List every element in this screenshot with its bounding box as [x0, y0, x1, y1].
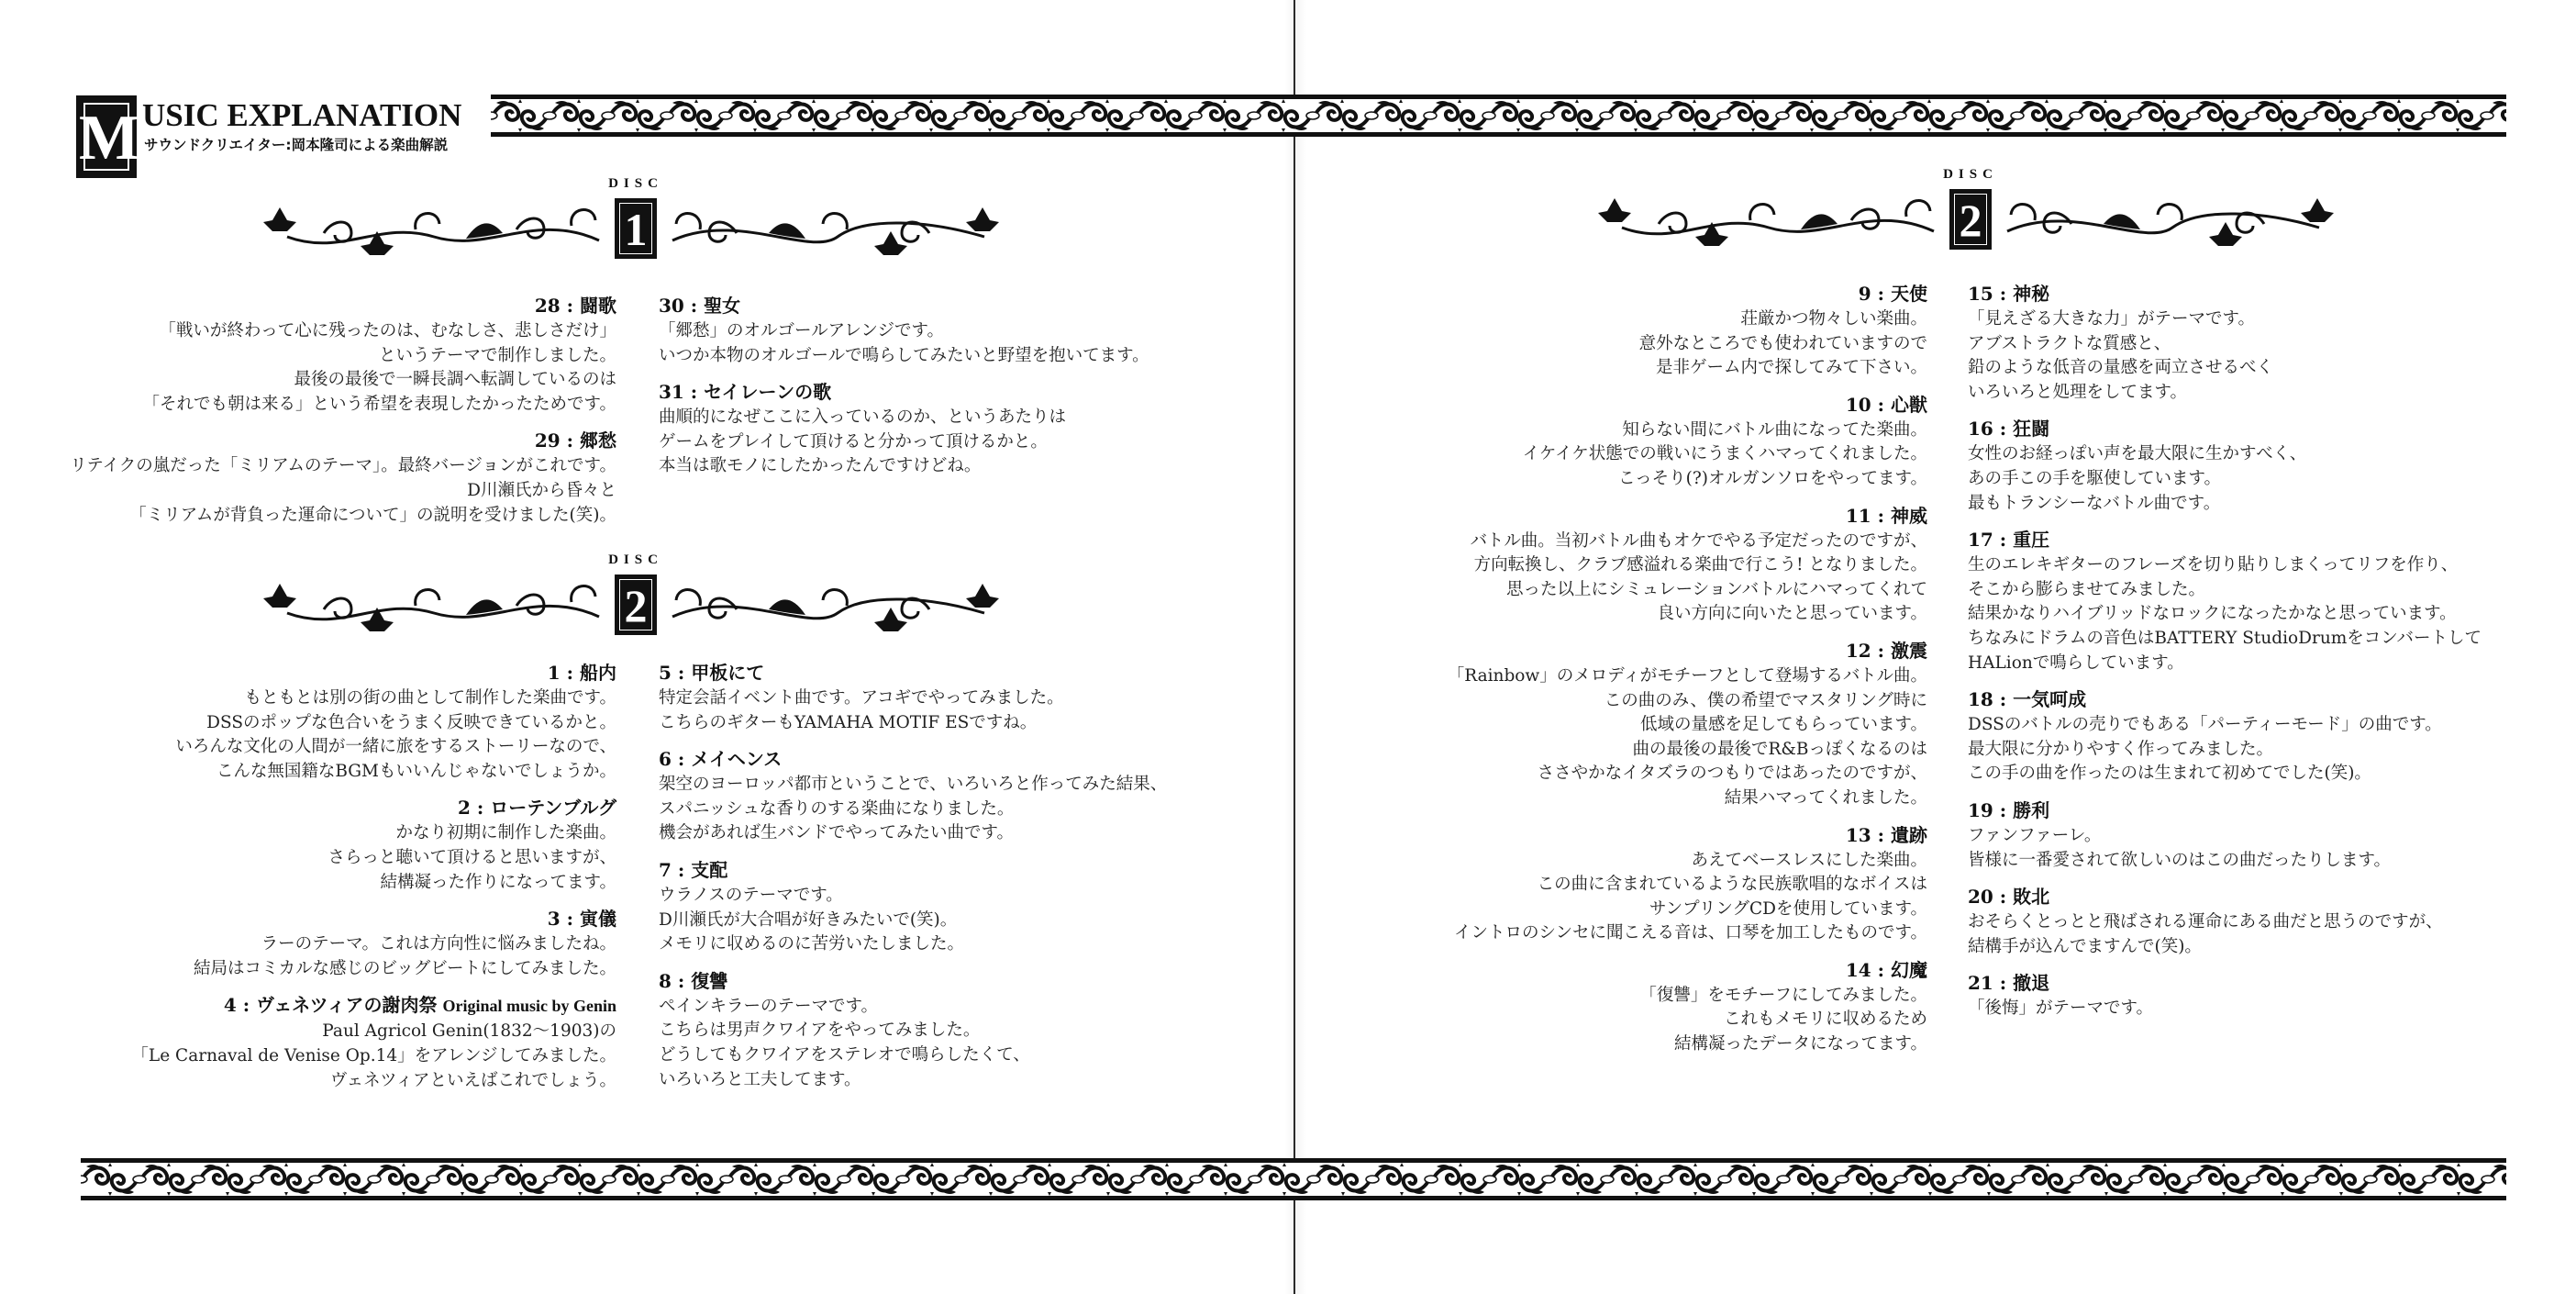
disc-number-badge: 2 [1949, 189, 1992, 250]
track-title-text: 13 : 遺跡 [1846, 824, 1927, 846]
track-description-line: ペインキラーのテーマです。 [659, 995, 1167, 1020]
bottom-ornament-band [81, 1158, 2506, 1200]
track-title: 19 : 勝利 [1968, 797, 2482, 824]
track-entry: 7 : 支配ウラノスのテーマです。D川瀬氏が大合唱が好きみたいで(笑)。メモリに… [659, 856, 1167, 957]
track-description-line: こちらは男声クワイアをやってみました。 [659, 1019, 1167, 1043]
disc-number-badge: 2 [615, 574, 657, 635]
track-description-line: 「ミリアムが背負った運命について」の説明を受けました(笑)。 [70, 504, 616, 529]
track-title: 12 : 激震 [1448, 637, 1927, 664]
track-entry: 14 : 幻魔「復讐」をモチーフにしてみました。これもメモリに収めるため結構凝っ… [1448, 956, 1927, 1057]
track-entry: 20 : 敗北おそらくとっとと飛ばされる運命にある曲だと思うのですが、結構手が込… [1968, 883, 2482, 959]
track-description-line: DSSのバトルの売りでもある「パーティーモード」の曲です。 [1968, 713, 2482, 738]
track-title-text: 9 : 天使 [1859, 283, 1927, 305]
track-description-line: 思った以上にシミュレーションバトルにハマってくれて [1448, 578, 1927, 603]
track-description-line: 女性のお経っぽい声を最大限に生かすべく、 [1968, 442, 2482, 467]
disc-label: DISC [1594, 167, 2347, 183]
track-description-line: どうしてもクワイアをステレオで鳴らしたくて、 [659, 1043, 1167, 1068]
track-title: 7 : 支配 [659, 856, 1167, 884]
track-title-text: 6 : メイヘンス [659, 748, 782, 770]
track-title-text: 14 : 幻魔 [1846, 959, 1927, 981]
track-description-line: 方向転換し、クラブ感溢れる楽曲で行こう! となりました。 [1448, 553, 1927, 578]
track-description-line: 鉛のような低音の量感を両立させるべく [1968, 356, 2482, 381]
track-title-text: 4 : ヴェネツィアの謝肉祭 [224, 994, 438, 1016]
track-description-line: いつか本物のオルゴールで鳴らしてみたいと野望を抱いてます。 [659, 344, 1149, 369]
track-title-text: 2 : ローテンブルグ [458, 797, 616, 819]
track-description-line: というテーマで制作しました。 [70, 344, 616, 369]
track-description-line: 最後の最後で一瞬長調へ転調しているのは [70, 368, 616, 393]
scroll-pattern-icon [491, 99, 2506, 132]
track-title-text: 31 : セイレーンの歌 [659, 381, 831, 403]
track-description-line: かなり初期に制作した楽曲。 [131, 821, 616, 846]
track-description-line: 「戦いが終わって心に残ったのは、むなしさ、悲しさだけ」 [70, 319, 616, 344]
track-title: 1 : 船内 [131, 659, 616, 686]
track-title: 28 : 闘歌 [70, 292, 616, 319]
disc2-left-page-right-column: 5 : 甲板にて特定会話イベント曲です。アコギでやってみました。こちらのギターも… [659, 659, 1167, 1102]
track-entry: 5 : 甲板にて特定会話イベント曲です。アコギでやってみました。こちらのギターも… [659, 659, 1167, 735]
track-title: 11 : 神威 [1448, 502, 1927, 530]
track-description-line: 是非ゲーム内で探してみて下さい。 [1448, 356, 1927, 381]
track-title: 15 : 神秘 [1968, 280, 2482, 307]
track-title: 6 : メイヘンス [659, 745, 1167, 773]
disc2-left-page-left-column: 1 : 船内もともとは別の街の曲として制作した楽曲です。DSSのポップな色合いを… [131, 659, 616, 1103]
track-description-line: もともとは別の街の曲として制作した楽曲です。 [131, 686, 616, 711]
track-description-line: これもメモリに収めるため [1448, 1008, 1927, 1032]
track-title: 8 : 復讐 [659, 967, 1167, 995]
disc-2-header-left: DISC 2 [260, 552, 1012, 653]
track-entry: 11 : 神威バトル曲。当初バトル曲もオケでやる予定だったのですが、方向転換し、… [1448, 502, 1927, 627]
track-title-text: 12 : 激震 [1846, 640, 1927, 662]
track-description-line: D川瀬氏が大合唱が好きみたいで(笑)。 [659, 909, 1167, 933]
track-description-line: あえてベースレスにした楽曲。 [1448, 849, 1927, 874]
track-description-line: 意外なところでも使われていますので [1448, 332, 1927, 357]
track-entry: 29 : 郷愁リテイクの嵐だった「ミリアムのテーマ」。最終バージョンがこれです。… [70, 427, 616, 528]
track-entry: 19 : 勝利ファンファーレ。皆様に一番愛されて欲しいのはこの曲だったりします。 [1968, 797, 2482, 873]
page-title: USIC EXPLANATION [142, 97, 461, 134]
track-title: 10 : 心獣 [1448, 391, 1927, 418]
track-title: 31 : セイレーンの歌 [659, 378, 1149, 406]
track-description-line: バトル曲。当初バトル曲もオケでやる予定だったのですが、 [1448, 530, 1927, 554]
track-description-line: ささやかなイタズラのつもりではあったのですが、 [1448, 762, 1927, 786]
track-title-text: 19 : 勝利 [1968, 799, 2049, 821]
track-entry: 16 : 狂闘女性のお経っぽい声を最大限に生かすべく、あの手この手を駆使していま… [1968, 415, 2482, 516]
track-description-line: さらっと聴いて頂けると思いますが、 [131, 846, 616, 871]
page-fold [1294, 0, 1295, 1294]
track-credit: Original music by Genin [442, 997, 616, 1015]
track-title-text: 21 : 撤退 [1968, 972, 2049, 994]
track-description-line: HALionで鳴らしています。 [1968, 652, 2482, 676]
track-description-line: 「後悔」がテーマです。 [1968, 997, 2482, 1021]
track-description-line: 生のエレキギターのフレーズを切り貼りしまくってリフを作り、 [1968, 553, 2482, 578]
disc-number: 2 [1951, 196, 1990, 244]
track-title: 4 : ヴェネツィアの謝肉祭Original music by Genin [131, 991, 616, 1020]
page-fold-shadow [1284, 0, 1306, 1294]
disc1-left-column: 28 : 闘歌「戦いが終わって心に残ったのは、むなしさ、悲しさだけ」というテーマ… [70, 292, 616, 538]
track-title-text: 30 : 聖女 [659, 295, 740, 317]
track-title: 13 : 遺跡 [1448, 821, 1927, 849]
track-description-line: イントロのシンセに聞こえる音は、口琴を加工したものです。 [1448, 921, 1927, 946]
track-description-line: 結果ハマってくれました。 [1448, 786, 1927, 811]
track-description-line: 荘厳かつ物々しい楽曲。 [1448, 307, 1927, 332]
track-description-line: こんな無国籍なBGMもいいんじゃないでしょうか。 [131, 760, 616, 785]
track-description-line: 最もトランシーなバトル曲です。 [1968, 492, 2482, 517]
disc-number-badge: 1 [615, 198, 657, 259]
track-description-line: ちなみにドラムの音色はBATTERY StudioDrumをコンバートして [1968, 627, 2482, 652]
track-description-line: 特定会話イベント曲です。アコギでやってみました。 [659, 686, 1167, 711]
track-description-line: Paul Agricol Genin(1832～1903)の [131, 1020, 616, 1044]
disc-1-header: DISC 1 [260, 176, 1012, 277]
track-title-text: 29 : 郷愁 [535, 429, 616, 452]
track-title-text: 18 : 一気呵成 [1968, 688, 2086, 710]
track-title: 2 : ローテンブルグ [131, 794, 616, 821]
track-description-line: 皆様に一番愛されて欲しいのはこの曲だったりします。 [1968, 849, 2482, 874]
track-title: 3 : 寅儀 [131, 905, 616, 932]
track-description-line: 最大限に分かりやすく作ってみました。 [1968, 738, 2482, 763]
track-entry: 30 : 聖女「郷愁」のオルゴールアレンジです。いつか本物のオルゴールで鳴らして… [659, 292, 1149, 368]
track-description-line: 曲順的になぜここに入っているのか、というあたりは [659, 406, 1149, 430]
track-description-line: 結構凝ったデータになってます。 [1448, 1032, 1927, 1057]
track-description-line: メモリに収めるのに苦労いたしました。 [659, 932, 1167, 957]
track-entry: 15 : 神秘「見えざる大きな力」がテーマです。アブストラクトな質感と、鉛のよう… [1968, 280, 2482, 405]
track-title: 17 : 重圧 [1968, 526, 2482, 553]
track-title: 5 : 甲板にて [659, 659, 1167, 686]
track-title-text: 10 : 心獣 [1846, 394, 1927, 416]
scroll-pattern-icon [81, 1163, 2506, 1196]
disc-label: DISC [260, 552, 1012, 568]
track-entry: 28 : 闘歌「戦いが終わって心に残ったのは、むなしさ、悲しさだけ」というテーマ… [70, 292, 616, 417]
track-description-line: 「Le Carnaval de Venise Op.14」をアレンジしてみました… [131, 1044, 616, 1069]
track-title-text: 17 : 重圧 [1968, 529, 2049, 551]
track-description-line: 架空のヨーロッパ都市ということで、いろいろと作ってみた結果、 [659, 773, 1167, 798]
track-description-line: この曲のみ、僕の希望でマスタリング時に [1448, 689, 1927, 714]
track-description-line: スパニッシュな香りのする楽曲になりました。 [659, 798, 1167, 822]
track-description-line: この手の曲を作ったのは生まれて初めてでした(笑)。 [1968, 762, 2482, 786]
track-description-line: 良い方向に向いたと思っています。 [1448, 602, 1927, 627]
track-entry: 18 : 一気呵成DSSのバトルの売りでもある「パーティーモード」の曲です。最大… [1968, 686, 2482, 786]
track-entry: 12 : 激震「Rainbow」のメロディがモチーフとして登場するバトル曲。この… [1448, 637, 1927, 811]
disc2-right-page-right-column: 15 : 神秘「見えざる大きな力」がテーマです。アブストラクトな質感と、鉛のよう… [1968, 280, 2482, 1032]
track-entry: 3 : 寅儀ラーのテーマ。これは方向性に悩みましたね。結局はコミカルな感じのビッ… [131, 905, 616, 981]
track-entry: 17 : 重圧生のエレキギターのフレーズを切り貼りしまくってリフを作り、そこから… [1968, 526, 2482, 675]
track-entry: 4 : ヴェネツィアの謝肉祭Original music by GeninPau… [131, 991, 616, 1093]
track-description-line: ゲームをプレイして頂けると分かって頂けるかと。 [659, 430, 1149, 455]
initial-m-box: M [76, 95, 137, 178]
track-description-line: 「それでも朝は来る」という希望を表現したかったためです。 [70, 393, 616, 418]
track-description-line: 結果かなりハイブリッドなロックになったかなと思っています。 [1968, 602, 2482, 627]
track-description-line: いろいろと工夫してます。 [659, 1068, 1167, 1093]
track-title-text: 16 : 狂闘 [1968, 418, 2049, 440]
track-description-line: こっそり(?)オルガンソロをやってます。 [1448, 467, 1927, 492]
track-entry: 10 : 心獣知らない間にバトル曲になってた楽曲。イケイケ状態での戦いにうまくハ… [1448, 391, 1927, 492]
track-description-line: アブストラクトな質感と、 [1968, 332, 2482, 357]
track-description-line: 「見えざる大きな力」がテーマです。 [1968, 307, 2482, 332]
track-description-line: リテイクの嵐だった「ミリアムのテーマ」。最終バージョンがこれです。 [70, 454, 616, 479]
track-title: 16 : 狂闘 [1968, 415, 2482, 442]
disc-number: 2 [616, 582, 655, 630]
track-title: 18 : 一気呵成 [1968, 686, 2482, 713]
track-description-line: 結局はコミカルな感じのビッグビートにしてみました。 [131, 957, 616, 982]
track-description-line: 「復讐」をモチーフにしてみました。 [1448, 984, 1927, 1009]
track-title-text: 8 : 復讐 [659, 970, 727, 992]
track-description-line: 結構凝った作りになってます。 [131, 871, 616, 896]
track-title-text: 1 : 船内 [548, 662, 616, 684]
track-description-line: ウラノスのテーマです。 [659, 884, 1167, 909]
track-title-text: 3 : 寅儀 [548, 908, 616, 930]
track-description-line: 「Rainbow」のメロディがモチーフとして登場するバトル曲。 [1448, 664, 1927, 689]
track-title: 30 : 聖女 [659, 292, 1149, 319]
track-description-line: いろんな文化の人間が一緒に旅をするストーリーなので、 [131, 735, 616, 760]
top-ornament-band [491, 95, 2506, 137]
track-description-line: 機会があれば生バンドでやってみたい曲です。 [659, 821, 1167, 846]
initial-letter: M [79, 106, 134, 172]
track-entry: 6 : メイヘンス架空のヨーロッパ都市ということで、いろいろと作ってみた結果、ス… [659, 745, 1167, 846]
track-description-line: おそらくとっとと飛ばされる運命にある曲だと思うのですが、 [1968, 910, 2482, 935]
track-title: 9 : 天使 [1448, 280, 1927, 307]
track-description-line: 知らない間にバトル曲になってた楽曲。 [1448, 418, 1927, 443]
track-description-line: ラーのテーマ。これは方向性に悩みましたね。 [131, 932, 616, 957]
disc2-right-page-left-column: 9 : 天使荘厳かつ物々しい楽曲。意外なところでも使われていますので是非ゲーム内… [1448, 280, 1927, 1067]
track-description-line: あの手この手を駆使しています。 [1968, 467, 2482, 492]
track-description-line: こちらのギターもYAMAHA MOTIF ESですね。 [659, 711, 1167, 736]
track-entry: 31 : セイレーンの歌曲順的になぜここに入っているのか、というあたりはゲームを… [659, 378, 1149, 479]
track-title-text: 15 : 神秘 [1968, 283, 2049, 305]
page-subtitle: サウンドクリエイター:岡本隆司による楽曲解説 [144, 134, 448, 154]
track-entry: 13 : 遺跡あえてベースレスにした楽曲。この曲に含まれているような民族歌唱的な… [1448, 821, 1927, 946]
track-title-text: 20 : 敗北 [1968, 886, 2049, 908]
track-description-line: イケイケ状態での戦いにうまくハマってくれました。 [1448, 442, 1927, 467]
track-title: 20 : 敗北 [1968, 883, 2482, 910]
disc1-right-column: 30 : 聖女「郷愁」のオルゴールアレンジです。いつか本物のオルゴールで鳴らして… [659, 292, 1149, 489]
track-description-line: そこから膨らませてみました。 [1968, 578, 2482, 603]
track-description-line: ヴェネツィアといえばこれでしょう。 [131, 1069, 616, 1094]
track-title-text: 5 : 甲板にて [659, 662, 764, 684]
track-description-line: 曲の最後の最後でR&Bっぽくなるのは [1448, 738, 1927, 763]
track-title: 14 : 幻魔 [1448, 956, 1927, 984]
track-title: 29 : 郷愁 [70, 427, 616, 454]
track-entry: 21 : 撤退「後悔」がテーマです。 [1968, 969, 2482, 1021]
disc-number: 1 [616, 206, 655, 253]
track-description-line: ファンファーレ。 [1968, 824, 2482, 849]
track-description-line: この曲に含まれているような民族歌唱的なボイスは [1448, 873, 1927, 898]
track-title: 21 : 撤退 [1968, 969, 2482, 997]
track-description-line: D川瀬氏から昏々と [70, 479, 616, 504]
track-title-text: 28 : 闘歌 [535, 295, 616, 317]
track-description-line: 本当は歌モノにしたかったんですけどね。 [659, 454, 1149, 479]
track-title-text: 11 : 神威 [1846, 505, 1927, 527]
disc-label: DISC [260, 176, 1012, 192]
track-description-line: 低域の量感を足してもらっています。 [1448, 713, 1927, 738]
track-entry: 1 : 船内もともとは別の街の曲として制作した楽曲です。DSSのポップな色合いを… [131, 659, 616, 784]
track-entry: 9 : 天使荘厳かつ物々しい楽曲。意外なところでも使われていますので是非ゲーム内… [1448, 280, 1927, 381]
track-title-text: 7 : 支配 [659, 859, 727, 881]
track-description-line: いろいろと処理をしてます。 [1968, 381, 2482, 406]
disc-2-header-right: DISC 2 [1594, 167, 2347, 268]
track-description-line: DSSのポップな色合いをうまく反映できているかと。 [131, 711, 616, 736]
track-entry: 8 : 復讐ペインキラーのテーマです。こちらは男声クワイアをやってみました。どう… [659, 967, 1167, 1092]
track-description-line: 「郷愁」のオルゴールアレンジです。 [659, 319, 1149, 344]
track-description-line: 結構手が込んでますんで(笑)。 [1968, 935, 2482, 960]
track-entry: 2 : ローテンブルグかなり初期に制作した楽曲。さらっと聴いて頂けると思いますが… [131, 794, 616, 895]
track-description-line: サンプリングCDを使用しています。 [1448, 898, 1927, 922]
